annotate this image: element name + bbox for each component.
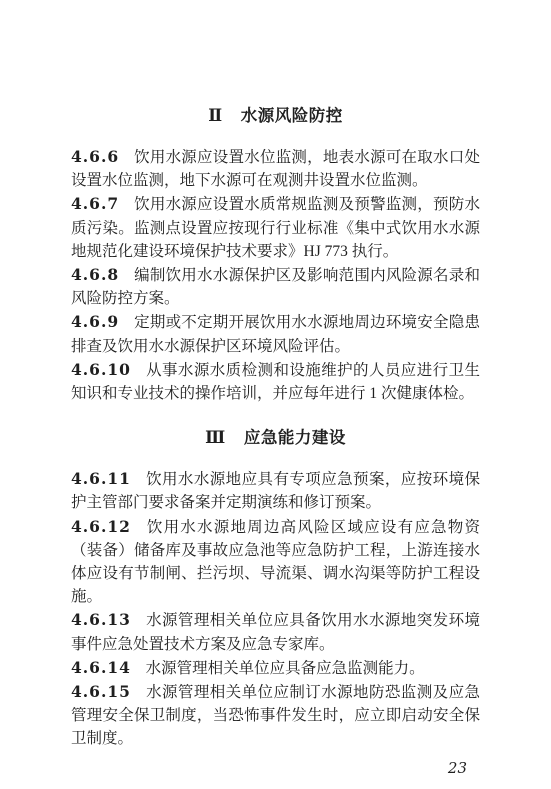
clause-text: 水源管理相关单位应具备饮用水水源地突发环境事件应急处置技术方案及应急专家库。 xyxy=(71,612,480,652)
clause-number: 4.6.15 xyxy=(71,682,131,701)
clause-4-6-8: 4.6.8编制饮用水水源保护区及影响范围内风险源名录和风险防控方案。 xyxy=(71,263,480,310)
clause-text: 饮用水源应设置水位监测，地表水源可在取水口处设置水位监测，地下水源可在观测井设置… xyxy=(71,149,480,189)
document-page: Ⅱ水源风险防控 4.6.6饮用水源应设置水位监测，地表水源可在取水口处设置水位监… xyxy=(0,0,551,789)
section-heading-3: Ⅲ应急能力建设 xyxy=(71,426,480,450)
clause-4-6-13: 4.6.13水源管理相关单位应具备饮用水水源地突发环境事件应急处置技术方案及应急… xyxy=(71,608,480,655)
clause-text: 从事水源水质检测和设施维护的人员应进行卫生知识和专业技术的操作培训，并应每年进行… xyxy=(71,362,480,402)
clause-number: 4.6.10 xyxy=(71,360,131,379)
clause-text: 饮用水水源地周边高风险区域应设有应急物资（装备）储备库及事故应急池等应急防护工程… xyxy=(71,519,480,606)
clause-text: 编制饮用水水源保护区及影响范围内风险源名录和风险防控方案。 xyxy=(71,267,480,307)
clause-text: 水源管理相关单位应制订水源地防恐监测及应急管理安全保卫制度，当恐怖事件发生时，应… xyxy=(71,684,480,747)
clause-4-6-10: 4.6.10从事水源水质检测和设施维护的人员应进行卫生知识和专业技术的操作培训，… xyxy=(71,358,480,405)
clause-number: 4.6.12 xyxy=(71,517,131,536)
clause-4-6-6: 4.6.6饮用水源应设置水位监测，地表水源可在取水口处设置水位监测，地下水源可在… xyxy=(71,145,480,192)
clause-4-6-14: 4.6.14水源管理相关单位应具备应急监测能力。 xyxy=(71,656,480,680)
clause-4-6-12: 4.6.12饮用水水源地周边高风险区域应设有应急物资（装备）储备库及事故应急池等… xyxy=(71,515,480,609)
clause-text: 定期或不定期开展饮用水水源地周边环境安全隐患排查及饮用水水源保护区环境风险评估。 xyxy=(71,314,480,354)
clause-4-6-11: 4.6.11饮用水水源地应具有专项应急预案，应按环境保护主管部门要求备案并定期演… xyxy=(71,467,480,514)
clause-text: 饮用水源应设置水质常规监测及预警监测，预防水质污染。监测点设置应按现行行业标准《… xyxy=(71,196,480,259)
section-numeral: Ⅲ xyxy=(205,428,226,447)
clause-text: 饮用水水源地应具有专项应急预案，应按环境保护主管部门要求备案并定期演练和修订预案… xyxy=(71,471,480,511)
section-title: 水源风险防控 xyxy=(241,106,343,125)
clause-4-6-9: 4.6.9定期或不定期开展饮用水水源地周边环境安全隐患排查及饮用水水源保护区环境… xyxy=(71,310,480,357)
section-numeral: Ⅱ xyxy=(208,106,222,125)
clause-number: 4.6.6 xyxy=(71,147,119,166)
page-number: 23 xyxy=(71,757,480,780)
clause-number: 4.6.11 xyxy=(71,469,131,488)
clause-number: 4.6.8 xyxy=(71,265,119,284)
clause-4-6-15: 4.6.15水源管理相关单位应制订水源地防恐监测及应急管理安全保卫制度，当恐怖事… xyxy=(71,680,480,751)
clause-number: 4.6.14 xyxy=(71,658,131,677)
clause-number: 4.6.13 xyxy=(71,610,131,629)
clause-text: 水源管理相关单位应具备应急监测能力。 xyxy=(146,660,425,677)
section-heading-2: Ⅱ水源风险防控 xyxy=(71,104,480,128)
clause-number: 4.6.7 xyxy=(71,194,119,213)
section-title: 应急能力建设 xyxy=(244,428,346,447)
clause-number: 4.6.9 xyxy=(71,312,119,331)
clause-4-6-7: 4.6.7饮用水源应设置水质常规监测及预警监测，预防水质污染。监测点设置应按现行… xyxy=(71,192,480,263)
